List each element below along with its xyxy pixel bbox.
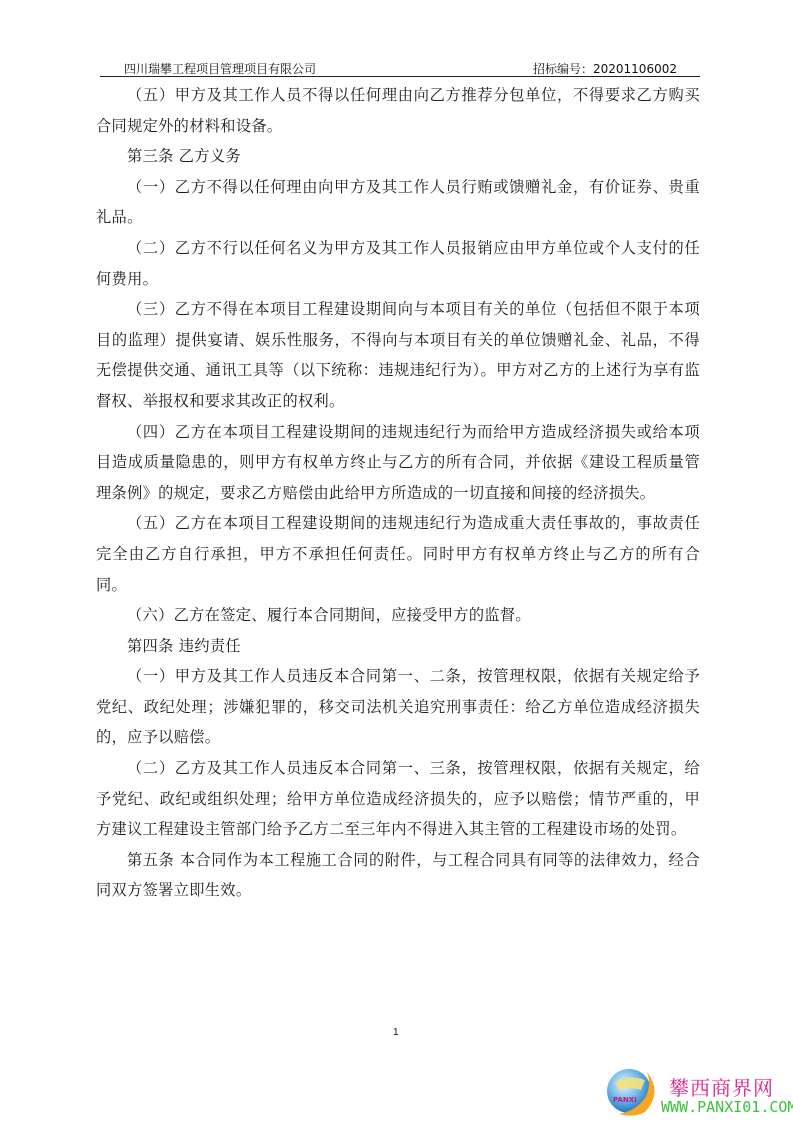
paragraph-party-a-clause-5: （五）甲方及其工作人员不得以任何理由向乙方推荐分包单位，不得要求乙方购买合同规定… <box>96 80 700 141</box>
svg-text:PANXI: PANXI <box>613 1096 637 1104</box>
paragraph-party-b-clause-4: （四）乙方在本项目工程建设期间的违规违纪行为而给甲方造成经济损失或给本项目造成质… <box>96 417 700 509</box>
bid-number: 招标编号：20201106002 <box>533 60 677 77</box>
paragraph-liability-clause-1: （一）甲方及其工作人员违反本合同第一、二条，按管理权限，依据有关规定给予党纪、政… <box>96 661 700 753</box>
company-name: 四川瑞攀工程项目管理项目有限公司 <box>124 60 316 77</box>
paragraph-party-b-clause-6: （六）乙方在签定、履行本合同期间，应接受甲方的监督。 <box>96 600 700 631</box>
article-3-heading: 第三条 乙方义务 <box>96 141 700 172</box>
paragraph-liability-clause-2: （二）乙方及其工作人员违反本合同第一、三条，按管理权限，依据有关规定，给予党纪、… <box>96 753 700 845</box>
paragraph-party-b-clause-5: （五）乙方在本项目工程建设期间的违规违纪行为造成重大责任事故的，事故责任完全由乙… <box>96 508 700 600</box>
article-4-heading: 第四条 违约责任 <box>96 631 700 662</box>
page-number: 1 <box>393 1027 399 1038</box>
watermark-site-name: 攀西商界网 <box>669 1072 774 1101</box>
paragraph-party-b-clause-1: （一）乙方不得以任何理由向甲方及其工作人员行贿或馈赠礼金，有价证券、贵重礼品。 <box>96 172 700 233</box>
document-body: （五）甲方及其工作人员不得以任何理由向乙方推荐分包单位，不得要求乙方购买合同规定… <box>96 80 700 906</box>
article-5-paragraph: 第五条 本合同作为本工程施工合同的附件，与工程合同具有同等的法律效力，经合同双方… <box>96 845 700 906</box>
watermark-url: WWW.PANXI01.COM <box>661 1098 793 1116</box>
paragraph-party-b-clause-3: （三）乙方不得在本项目工程建设期间向与本项目有关的单位（包括但不限于本项目的监理… <box>96 294 700 416</box>
page-header: 四川瑞攀工程项目管理项目有限公司 招标编号：20201106002 <box>100 58 700 77</box>
paragraph-party-b-clause-2: （二）乙方不行以任何名义为甲方及其工作人员报销应由甲方单位或个人支付的任何费用。 <box>96 233 700 294</box>
watermark: PANXI 攀西商界网 WWW.PANXI01.COM <box>597 1062 793 1122</box>
globe-logo-icon: PANXI <box>605 1064 657 1118</box>
